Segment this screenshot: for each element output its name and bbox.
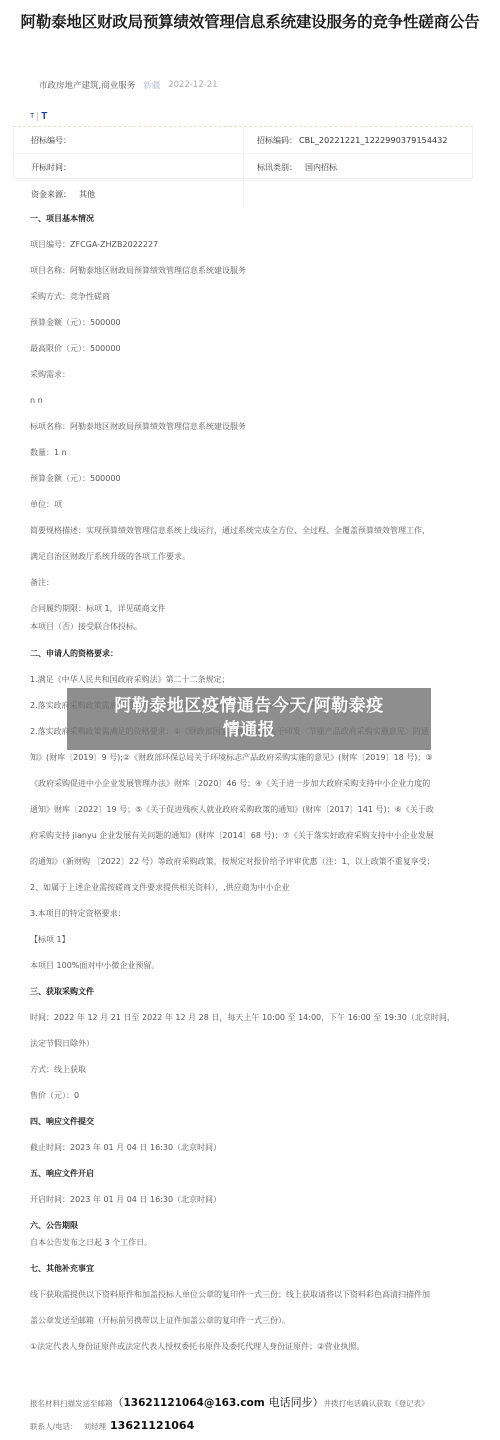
paragraph: 最高限价（元）：500000 bbox=[30, 343, 121, 354]
registration-prefix: 报名材料扫描发送至邮箱 bbox=[30, 1398, 113, 1409]
paragraph: 预算金额（元）：500000 bbox=[30, 317, 121, 328]
paren-open: （ bbox=[113, 1394, 124, 1410]
paragraph: 简要规格描述：实现预算绩效管理信息系统上线运行，通过系统完成全方位、全过程、全覆… bbox=[30, 525, 430, 536]
paragraph: 时间：2022 年 12 月 21 日至 2022 年 12 月 28 日，每天… bbox=[30, 1012, 455, 1023]
paragraph: 数量：1 n bbox=[30, 447, 67, 458]
registration-suffix: 并拨打电话确认获取《登记表》 bbox=[324, 1398, 429, 1409]
contact-label: 联系人/电话： bbox=[30, 1421, 78, 1432]
bid-category-value: 国内招标 bbox=[305, 162, 337, 173]
table-cell: 招标编号： bbox=[14, 127, 243, 153]
paragraph: 1.满足《中华人民共和国政府采购法》第二十二条规定； bbox=[30, 674, 230, 685]
contact-email[interactable]: 13621121064@163.com bbox=[124, 1397, 265, 1409]
paragraph: 项目名称：阿勒泰地区财政局预算绩效管理信息系统建设服务 bbox=[30, 265, 246, 276]
section-heading: 六、公告期限 bbox=[30, 1220, 78, 1231]
overlay-line-2: 情通报 bbox=[67, 718, 431, 742]
paragraph: 单位：项 bbox=[30, 499, 62, 510]
phone-sync-label: 电话同步 bbox=[269, 1394, 313, 1410]
headline-overlay-banner: 阿勒泰地区疫情通告今天/阿勒泰疫 情通报 bbox=[67, 688, 431, 750]
section-heading: 一、项目基本情况 bbox=[30, 213, 94, 224]
contact-phone[interactable]: 13621121064 bbox=[110, 1419, 194, 1432]
table-cell: 标讯类别： 国内招标 bbox=[243, 154, 472, 180]
section-heading: 五、响应文件开启 bbox=[30, 1168, 94, 1179]
paragraph: 采购方式：竞争性磋商 bbox=[30, 291, 110, 302]
paragraph: 方式：线上获取 bbox=[30, 1064, 86, 1075]
table-row: 资金来源： 其他 bbox=[14, 181, 472, 208]
page-title: 阿勒泰地区财政局预算绩效管理信息系统建设服务的竞争性磋商公告 bbox=[20, 4, 480, 40]
paragraph: 3.本项目的特定资格要求： bbox=[30, 908, 126, 919]
paragraph: 【标项 1】 bbox=[30, 934, 70, 945]
paragraph: ①法定代表人身份证原件或法定代表人授权委托书原件及委托代理人身份证原件；②营业执… bbox=[30, 1341, 364, 1352]
open-time-label: 开标时间： bbox=[31, 162, 71, 173]
paragraph: 2、如属于上述企业需按磋商文件要求提供相关资料），,供应商为中小企业 bbox=[30, 882, 290, 893]
font-large-button[interactable]: T bbox=[41, 111, 47, 122]
table-row: 开标时间： 标讯类别： 国内招标 bbox=[14, 154, 472, 181]
paragraph: 截止时间：2023 年 01 月 04 日 16:30（北京时间） bbox=[30, 1142, 221, 1153]
paragraph: n n bbox=[30, 395, 43, 406]
contact-name: 刘经理 bbox=[84, 1421, 107, 1432]
paragraph: 法定节假日除外） bbox=[30, 1038, 94, 1049]
paragraph: 开启时间：2023 年 01 月 04 日 16:30（北京时间） bbox=[30, 1194, 221, 1205]
paragraph: 盖公章发送至邮箱（开标前另携带以上证件加盖公章的复印件一式三份）。 bbox=[30, 1315, 290, 1326]
section-heading: 四、响应文件提交 bbox=[30, 1116, 94, 1127]
paragraph: 预算金额（元）：500000 bbox=[30, 473, 121, 484]
table-row: 招标编号： 招标编码： CBL_20221221_122299037915443… bbox=[14, 127, 472, 154]
paragraph: 知》(财库〔2019〕9 号);②《财政部环保总局关于环境标志产品政府采购实施的… bbox=[30, 752, 433, 763]
contact-info: 联系人/电话： 刘经理 13621121064 bbox=[30, 1419, 194, 1432]
paragraph: 本项目 100%面对中小微企业预留。 bbox=[30, 960, 159, 971]
font-small-button[interactable]: T bbox=[30, 113, 34, 120]
paragraph: 的通知》（新财购 〔2022〕22 号）等政府采购政策，按规定对报价给予评审优惠… bbox=[30, 856, 435, 867]
bid-code-value: CBL_20221221_1222990379154432 bbox=[299, 136, 448, 145]
table-cell: 资金来源： 其他 bbox=[14, 181, 243, 208]
paragraph: 合同履约期限：标项 1，详见磋商文件 bbox=[30, 603, 166, 614]
paragraph: 标项名称：阿勒泰地区财政局预算绩效管理信息系统建设服务 bbox=[30, 421, 246, 432]
paragraph: 满足自治区财政厅系统升级的各项工作要求。 bbox=[30, 551, 190, 562]
paragraph: 采购需求： bbox=[30, 369, 70, 380]
paragraph: 项目编号：ZFCGA-ZHZB2022227 bbox=[30, 239, 158, 250]
section-heading: 三、获取采购文件 bbox=[30, 986, 94, 997]
table-cell: 招标编码： CBL_20221221_1222990379154432 bbox=[243, 127, 472, 153]
article-meta: 市政房地产建筑,商业服务 新疆 2022-12-21 bbox=[39, 79, 218, 91]
section-heading: 七、其他补充事宜 bbox=[30, 1263, 94, 1274]
table-cell: 开标时间： bbox=[14, 154, 243, 180]
region-tag[interactable]: 新疆 bbox=[143, 79, 160, 91]
category-label: 市政房地产建筑,商业服务 bbox=[39, 79, 135, 91]
paragraph: 《政府采购促进中小企业发展管理办法》财库〔2020〕46 号；④《关于进一步加大… bbox=[30, 778, 430, 789]
font-size-toggle: T T bbox=[30, 111, 47, 122]
divider bbox=[37, 112, 38, 121]
paragraph: 备注： bbox=[30, 577, 54, 588]
bid-code-label: 招标编码： bbox=[257, 135, 297, 146]
registration-note: 报名材料扫描发送至邮箱 （ 13621121064@163.com 电话同步 ）… bbox=[30, 1394, 429, 1410]
paragraph: 线下获取需提供以下资料原件和加盖投标人单位公章的复印件一式三份；线上获取请将以下… bbox=[30, 1289, 430, 1300]
bid-category-label: 标讯类别： bbox=[257, 162, 297, 173]
table-cell bbox=[243, 181, 472, 208]
paragraph: 售价（元）：0 bbox=[30, 1090, 79, 1101]
overlay-line-1: 阿勒泰地区疫情通告今天/阿勒泰疫 bbox=[67, 694, 431, 718]
fund-source-label: 资金来源： bbox=[31, 189, 71, 200]
bid-info-table: 招标编号： 招标编码： CBL_20221221_122299037915443… bbox=[13, 126, 473, 179]
bid-number-label: 招标编号： bbox=[31, 135, 71, 146]
paragraph: 府采购支持 jianyu 企业发展有关问题的通知》(财库〔2014〕68 号)；… bbox=[30, 830, 434, 841]
paren-close: ） bbox=[313, 1394, 324, 1410]
paragraph: 自本公告发布之日起 3 个工作日。 bbox=[30, 1237, 152, 1248]
paragraph: 本项目（否）接受联合体投标。 bbox=[30, 621, 142, 632]
paragraph: 通知》财库〔2022〕19 号；⑤《关于促进残疾人就业政府采购政策的通知》(财库… bbox=[30, 804, 434, 815]
fund-source-value: 其他 bbox=[79, 189, 95, 200]
publish-date: 2022-12-21 bbox=[168, 80, 217, 90]
section-heading: 二、申请人的资格要求： bbox=[30, 648, 118, 659]
